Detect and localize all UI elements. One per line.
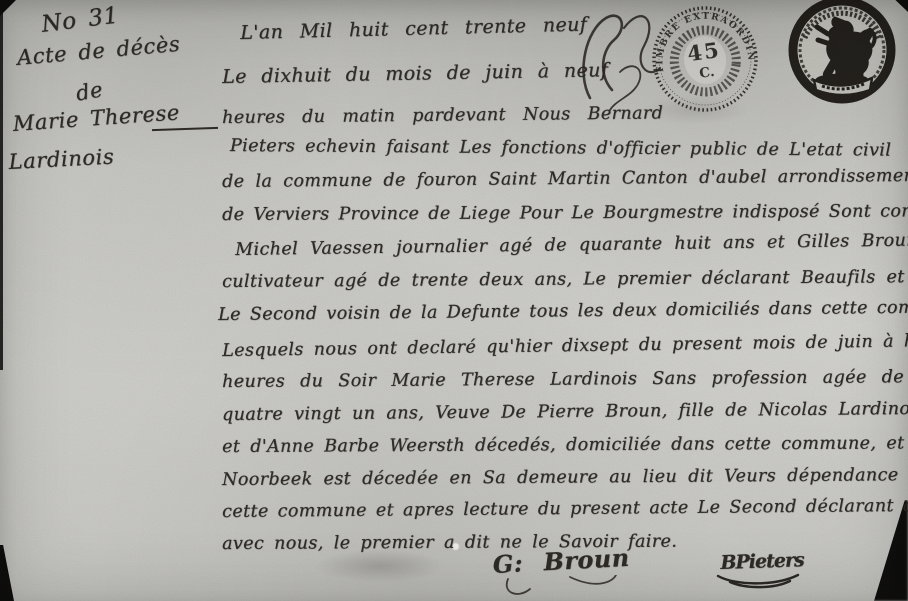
margin-title: Acte de décès [16, 32, 181, 70]
body-line: Le dixhuit du mois de juin à neuf [222, 59, 608, 88]
body-line: quatre vingt un ans, Veuve De Pierre Bro… [222, 399, 908, 425]
scan-corner-bottom-left [0, 545, 14, 601]
body-line: Le Second voisin de la Defunte tous les … [218, 297, 908, 325]
signature-declarant: G: Broun [492, 543, 630, 579]
margin-name-last: Lardinois [8, 144, 115, 174]
scan-corner-top-left [0, 0, 16, 16]
body-line: de Verviers Province de Liege Pour Le Bo… [222, 201, 908, 225]
body-line: cette commune et apres lecture du presen… [222, 495, 908, 522]
body-line: Michel Vaessen journalier agé de quarant… [235, 230, 908, 260]
body-line: Lesquels nous ont declaré qu'hier dixsep… [222, 331, 908, 361]
body-line: heures du Soir Marie Therese Lardinois S… [222, 367, 904, 392]
tax-stamp-unit: C. [698, 64, 715, 82]
body-line: Noorbeek est décedée en Sa demeure au li… [222, 465, 908, 490]
tax-stamp-value: 45 [686, 37, 722, 66]
death-record-scan: No 31 Acte de décès de Marie Therese Lar… [0, 0, 908, 601]
margin-de: de [74, 77, 105, 105]
municipal-seal [788, 0, 896, 106]
signature-officer: BPieters [720, 549, 804, 574]
body-line: Pieters echevin faisant Les fonctions d'… [230, 136, 891, 161]
margin-name-dash [152, 127, 218, 131]
body-line: de la commune de fouron Saint Martin Can… [222, 166, 908, 192]
scan-edge-left [0, 0, 3, 370]
signature-declarant-flourish [500, 575, 620, 601]
margin-record-number: No 31 [40, 3, 120, 38]
body-line: L'an Mil huit cent trente neuf [240, 14, 587, 44]
signature-officer-flourish [716, 572, 802, 592]
body-line: et d'Anne Barbe Weersth décedés, domicil… [222, 433, 908, 457]
body-line: cultivateur agé de trente deux ans, Le p… [222, 267, 905, 292]
tax-stamp: TIMBRE EXTRAORDINAIRE 45 C. [642, 0, 768, 122]
